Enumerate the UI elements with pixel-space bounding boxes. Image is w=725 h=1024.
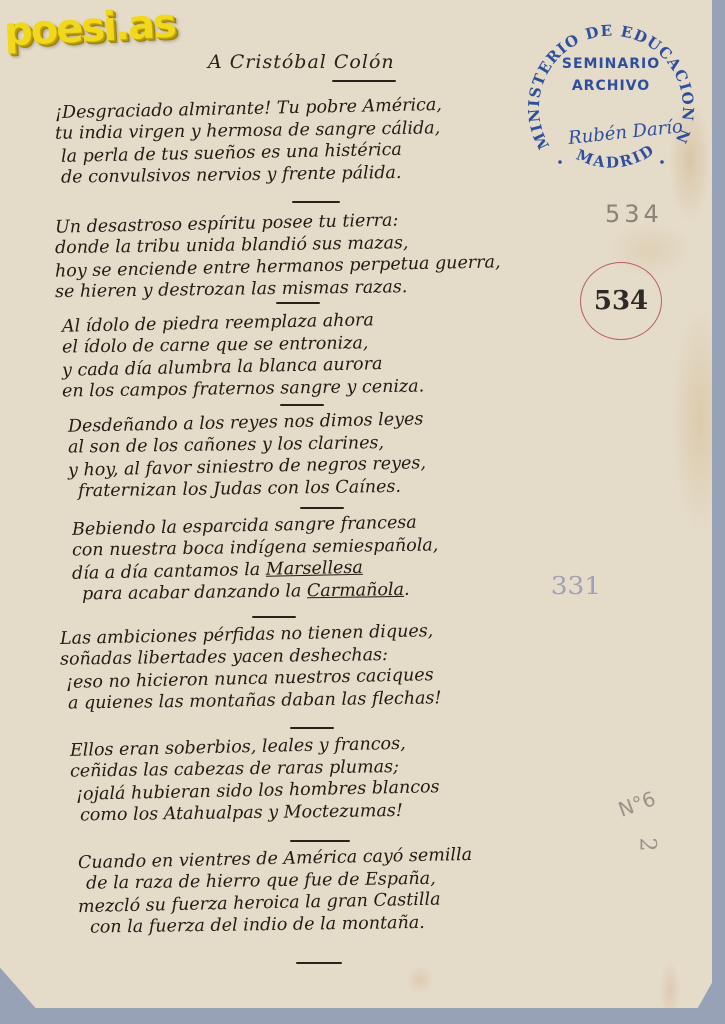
poem-line: como los Atahualpas y Moctezumas!: [70, 799, 440, 826]
stanza-6: Las ambiciones pérfidas no tienen diques…: [60, 624, 442, 712]
pencil-note: N°6: [615, 786, 659, 821]
poesias-logo[interactable]: poesi.as: [3, 4, 176, 53]
stanza-1: ¡Desgraciado almirante! Tu pobre América…: [55, 98, 442, 186]
stanza-7: Ellos eran soberbios, leales y francos, …: [70, 736, 440, 824]
poem-line: a quienes las montañas daban las flechas…: [60, 687, 442, 714]
line-punct: .: [404, 580, 410, 600]
stanza-divider: [290, 840, 350, 842]
poem-title: A Cristóbal Colón: [208, 51, 395, 73]
underlined-word: Carmañola: [307, 580, 404, 601]
stanza-8: Cuando en vientres de América cayó semil…: [78, 848, 472, 936]
circled-number: 534: [580, 262, 662, 340]
pencil-mark: 2: [635, 838, 660, 852]
stanza-3: Al ídolo de piedra reemplaza ahora el íd…: [62, 312, 424, 400]
stanza-divider: [280, 404, 324, 406]
pencil-number: 534: [605, 200, 663, 228]
poem-line: con la fuerza del indio de la montaña.: [78, 911, 472, 939]
stanza-5: Bebiendo la esparcida sangre francesa co…: [72, 515, 438, 603]
title-underline: [332, 80, 396, 82]
stanza-4: Desdeñando a los reyes nos dimos leyes a…: [68, 412, 426, 500]
poem-line: de convulsivos nervios y frente pálida.: [55, 161, 442, 188]
underlined-word: Marsellesa: [266, 558, 363, 580]
faint-stamp-number: 331: [551, 572, 601, 600]
stanza-divider: [290, 727, 334, 729]
stamp-seminario: SEMINARIO: [520, 56, 702, 72]
closing-flourish: [296, 962, 342, 964]
poem-line: para acabar danzando la Carmañola.: [72, 578, 439, 605]
stanza-2: Un desastroso espíritu posee tu tierra: …: [55, 212, 501, 300]
stamp-ring: MINISTERIO DE EDUCACION NACIONAL MADRID: [520, 4, 702, 186]
stanza-divider: [276, 302, 320, 304]
stamp-archivo: ARCHIVO: [520, 78, 702, 94]
stanza-divider: [252, 616, 296, 618]
archive-stamp: MINISTERIO DE EDUCACION NACIONAL MADRID …: [520, 4, 702, 186]
line-text: día a día cantamos la: [72, 560, 266, 584]
stanza-divider: [300, 507, 344, 509]
poem-line: en los campos fraternos sangre y ceniza.: [62, 375, 425, 402]
poem-line: fraternizan los Judas con los Caínes.: [68, 476, 426, 503]
line-text: para acabar danzando la: [82, 581, 307, 604]
stanza-divider: [292, 201, 340, 203]
manuscript-page: poesi.as A Cristóbal Colón ¡Desgraciado …: [0, 0, 712, 1008]
